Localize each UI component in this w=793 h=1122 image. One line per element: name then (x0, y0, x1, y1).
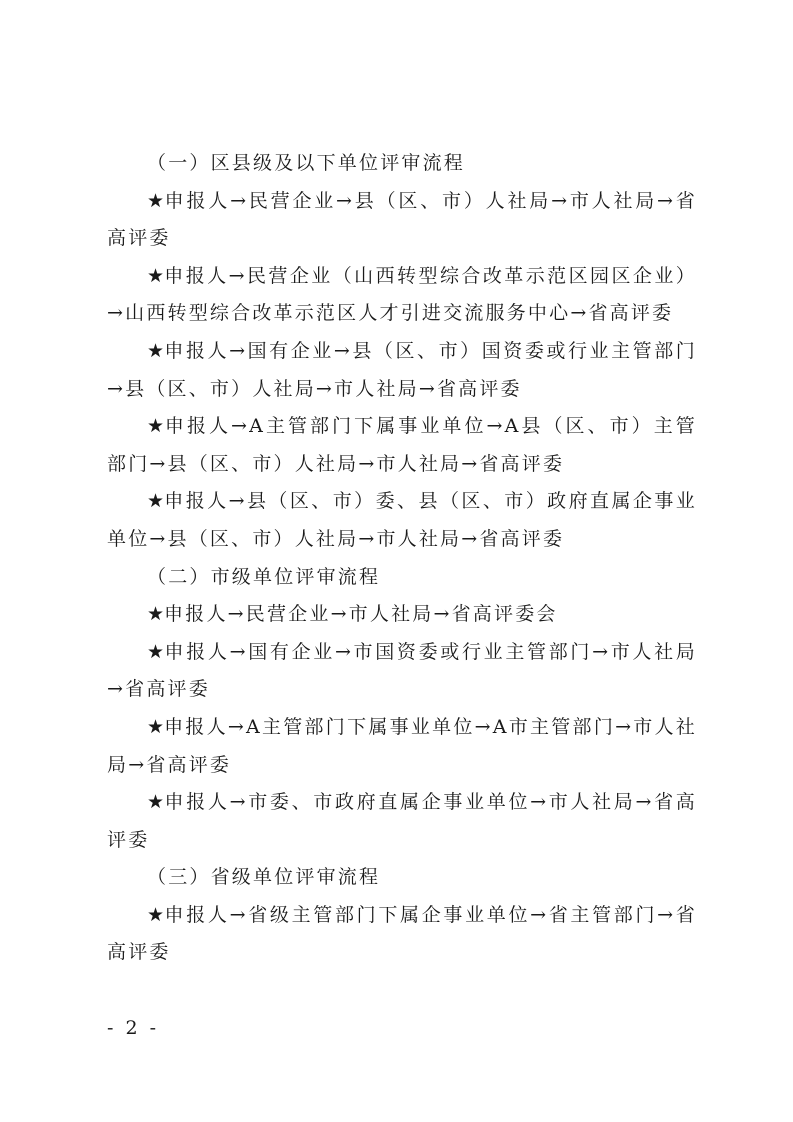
page-number: - 2 - (107, 1017, 159, 1039)
flow-text: 申报人→市委、市政府直属企事业单位→市人社局→省高评委 (107, 791, 697, 851)
star-bullet-icon: ★ (147, 415, 165, 437)
star-bullet-icon: ★ (147, 791, 165, 813)
flow-item: ★申报人→A主管部门下属事业单位→A市主管部门→市人社局→省高评委 (107, 709, 697, 784)
flow-text: 申报人→国有企业→县（区、市）国资委或行业主管部门→县（区、市）人社局→市人社局… (107, 340, 697, 400)
star-bullet-icon: ★ (147, 904, 165, 926)
flow-item: ★申报人→市委、市政府直属企事业单位→市人社局→省高评委 (107, 784, 697, 859)
flow-text: 申报人→A主管部门下属事业单位→A市主管部门→市人社局→省高评委 (107, 716, 697, 776)
document-body: （一）区县级及以下单位评审流程 ★申报人→民营企业→县（区、市）人社局→市人社局… (107, 145, 697, 972)
section-heading-2: （二）市级单位评审流程 (107, 559, 697, 597)
flow-item: ★申报人→国有企业→市国资委或行业主管部门→市人社局→省高评委 (107, 634, 697, 709)
flow-text: 申报人→A主管部门下属事业单位→A县（区、市）主管部门→县（区、市）人社局→市人… (107, 415, 697, 475)
flow-text: 申报人→县（区、市）委、县（区、市）政府直属企事业单位→县（区、市）人社局→市人… (107, 490, 697, 550)
flow-item: ★申报人→民营企业→县（区、市）人社局→市人社局→省高评委 (107, 183, 697, 258)
flow-item: ★申报人→A主管部门下属事业单位→A县（区、市）主管部门→县（区、市）人社局→市… (107, 408, 697, 483)
star-bullet-icon: ★ (147, 340, 164, 362)
flow-item: ★申报人→县（区、市）委、县（区、市）政府直属企事业单位→县（区、市）人社局→市… (107, 483, 697, 558)
section-heading-3: （三）省级单位评审流程 (107, 859, 697, 897)
flow-item: ★申报人→国有企业→县（区、市）国资委或行业主管部门→县（区、市）人社局→市人社… (107, 333, 697, 408)
star-bullet-icon: ★ (147, 716, 164, 738)
flow-text: 申报人→民营企业→市人社局→省高评委会 (164, 603, 558, 625)
flow-text: 申报人→国有企业→市国资委或行业主管部门→市人社局→省高评委 (107, 641, 697, 701)
flow-item: ★申报人→民营企业（山西转型综合改革示范区园区企业）→山西转型综合改革示范区人才… (107, 258, 697, 333)
flow-item: ★申报人→民营企业→市人社局→省高评委会 (107, 596, 697, 634)
flow-item: ★申报人→省级主管部门下属企事业单位→省主管部门→省高评委 (107, 897, 697, 972)
star-bullet-icon: ★ (147, 490, 164, 512)
star-bullet-icon: ★ (147, 641, 165, 663)
flow-text: 申报人→省级主管部门下属企事业单位→省主管部门→省高评委 (107, 904, 697, 964)
star-bullet-icon: ★ (147, 265, 164, 287)
flow-text: 申报人→民营企业→县（区、市）人社局→市人社局→省高评委 (107, 190, 697, 250)
star-bullet-icon: ★ (147, 190, 165, 212)
flow-text: 申报人→民营企业（山西转型综合改革示范区园区企业）→山西转型综合改革示范区人才引… (107, 265, 697, 325)
section-heading-1: （一）区县级及以下单位评审流程 (107, 145, 697, 183)
star-bullet-icon: ★ (147, 603, 164, 625)
